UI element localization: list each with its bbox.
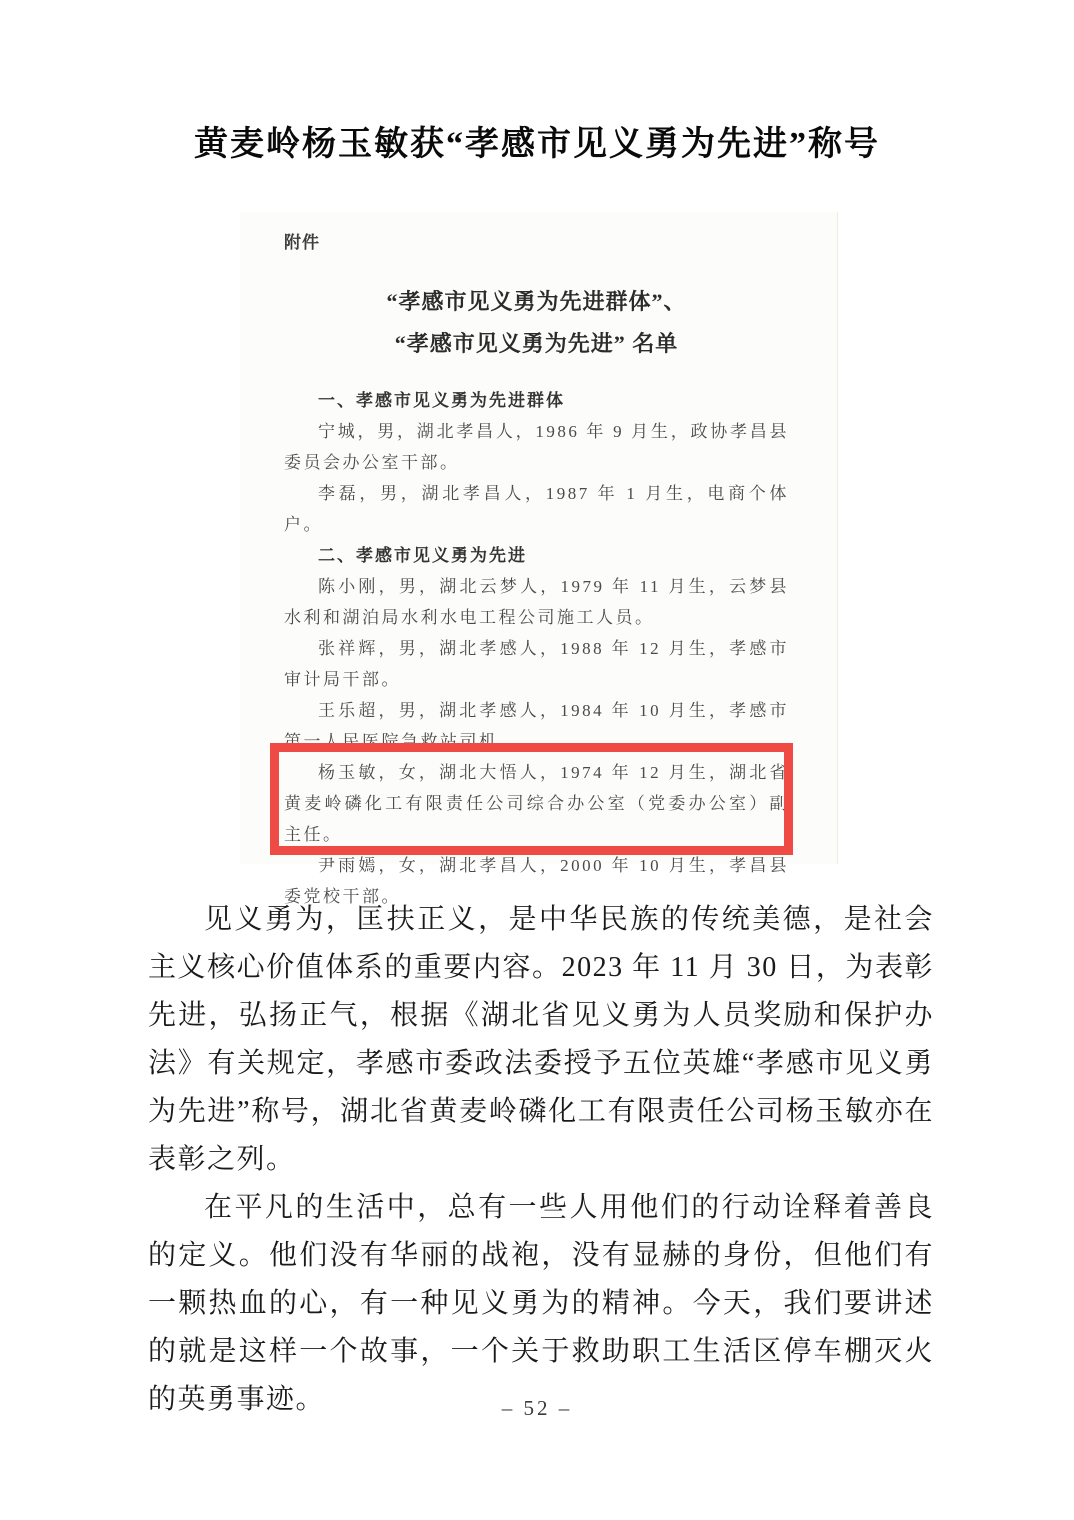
document-page: 黄麦岭杨玉敏获“孝感市见义勇为先进”称号 附件 “孝感市见义勇为先进群体”、 “… [0, 0, 1074, 1520]
attachment-label: 附件 [284, 228, 789, 253]
section-heading-individual: 二、孝感市见义勇为先进 [284, 540, 789, 571]
section-heading-group: 一、孝感市见义勇为先进群体 [284, 385, 789, 416]
list-entry-highlighted: 杨玉敏，女，湖北大悟人，1974 年 12 月生，湖北省黄麦岭磷化工有限责任公司… [284, 757, 789, 850]
list-entry: 王乐超，男，湖北孝感人，1984 年 10 月生，孝感市第一人民医院急救站司机。 [284, 695, 789, 757]
highlighted-entry: 杨玉敏，女，湖北大悟人，1974 年 12 月生，湖北省黄麦岭磷化工有限责任公司… [284, 757, 789, 850]
page-title: 黄麦岭杨玉敏获“孝感市见义勇为先进”称号 [0, 116, 1074, 165]
list-entry: 张祥辉，男，湖北孝感人，1988 年 12 月生，孝感市审计局干部。 [284, 633, 789, 695]
list-entry: 李磊，男，湖北孝昌人，1987 年 1 月生，电商个体户。 [284, 478, 789, 540]
attachment-scan-image: 附件 “孝感市见义勇为先进群体”、 “孝感市见义勇为先进” 名单 一、孝感市见义… [240, 212, 838, 864]
body-paragraph: 在平凡的生活中，总有一些人用他们的行动诠释着善良的定义。他们没有华丽的战袍，没有… [148, 1184, 934, 1424]
article-body: 见义勇为，匡扶正义，是中华民族的传统美德，是社会主义核心价值体系的重要内容。20… [148, 896, 934, 1424]
list-entry: 陈小刚，男，湖北云梦人，1979 年 11 月生，云梦县水利和湖泊局水利水电工程… [284, 571, 789, 633]
attachment-title-line1: “孝感市见义勇为先进群体”、 [284, 281, 789, 323]
page-number: – 52 – [0, 1396, 1074, 1421]
award-name-list: 一、孝感市见义勇为先进群体 宁城，男，湖北孝昌人，1986 年 9 月生，政协孝… [284, 385, 789, 912]
attachment-title: “孝感市见义勇为先进群体”、 “孝感市见义勇为先进” 名单 [284, 281, 789, 365]
attachment-title-line2: “孝感市见义勇为先进” 名单 [284, 323, 789, 365]
list-entry: 宁城，男，湖北孝昌人，1986 年 9 月生，政协孝昌县委员会办公室干部。 [284, 416, 789, 478]
body-paragraph: 见义勇为，匡扶正义，是中华民族的传统美德，是社会主义核心价值体系的重要内容。20… [148, 896, 934, 1184]
